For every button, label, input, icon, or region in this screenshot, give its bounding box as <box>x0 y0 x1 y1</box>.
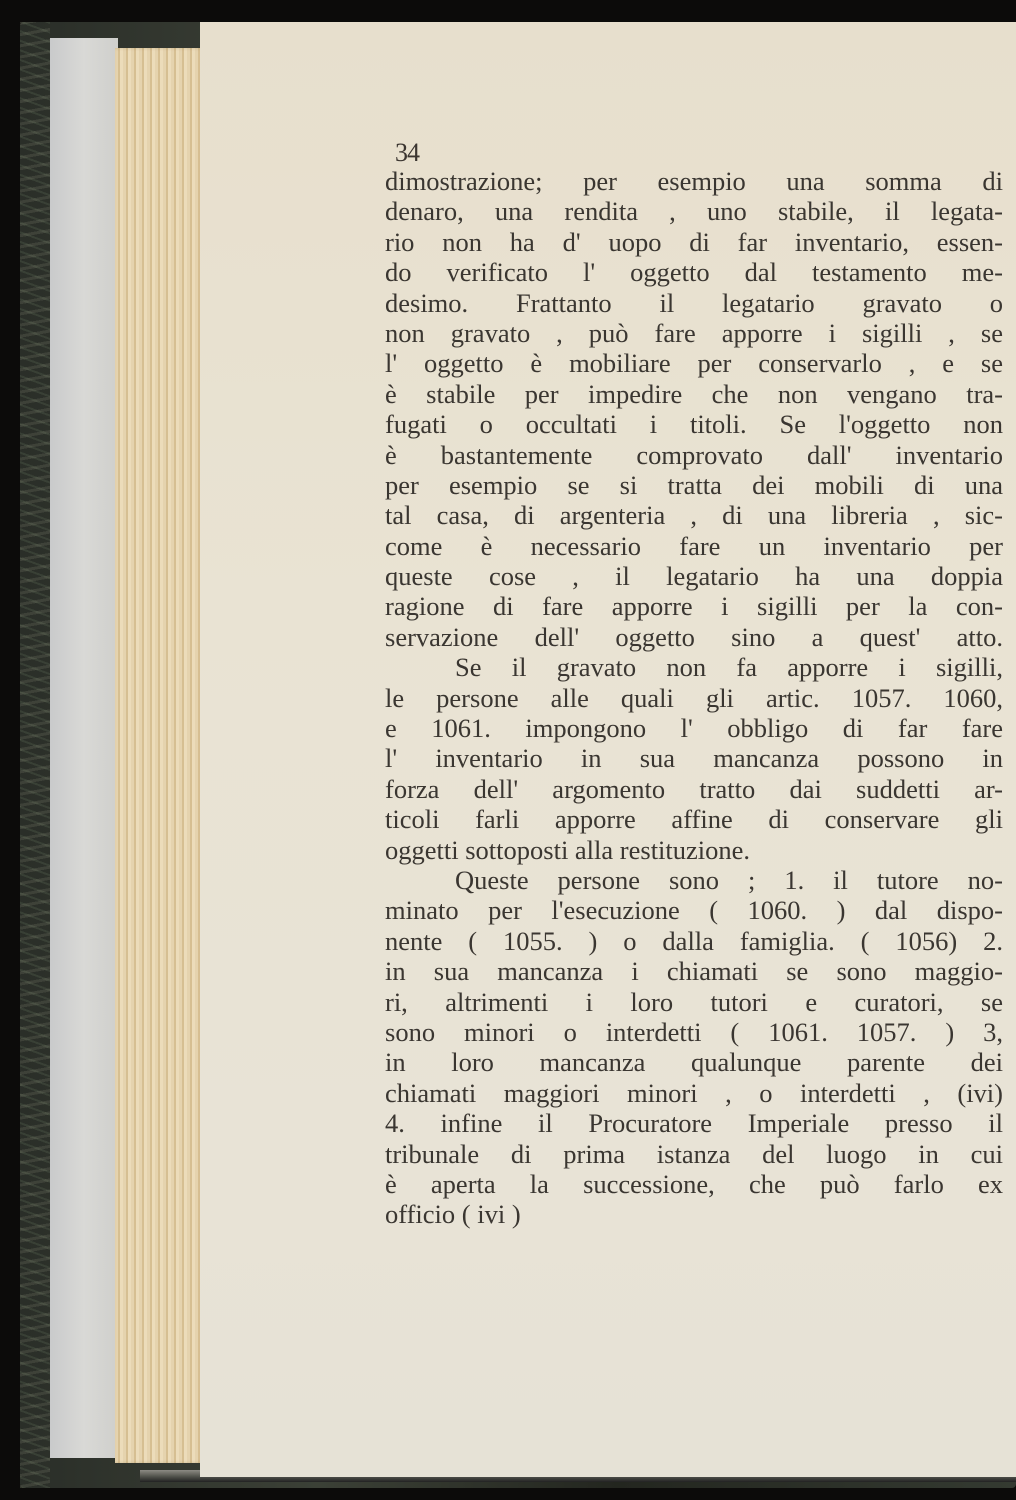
text-line: do verificato l' oggetto dal testamento … <box>385 257 1003 287</box>
text-line: dimostrazione; per esempio una somma di <box>385 166 1003 196</box>
text-line: l' inventario in sua mancanza possono in <box>385 743 1003 773</box>
text-line: in loro mancanza qualunque parente dei <box>385 1047 1003 1077</box>
text-line: è aperta la successione, che può farlo e… <box>385 1169 1003 1199</box>
text-line: ticoli farli apporre affine di conservar… <box>385 804 1003 834</box>
text-line: l' oggetto è mobiliare per conservarlo ,… <box>385 348 1003 378</box>
text-line: oggetti sottoposti alla restituzione. <box>385 835 1003 865</box>
page-text: dimostrazione; per esempio una somma did… <box>385 166 1016 1230</box>
text-line: Queste persone sono ; 1. il tutore no- <box>385 865 1003 895</box>
text-line: non gravato , può fare apporre i sigilli… <box>385 318 1003 348</box>
text-line: fugati o occultati i titoli. Se l'oggett… <box>385 409 1003 439</box>
text-line: minato per l'esecuzione ( 1060. ) dal di… <box>385 895 1003 925</box>
text-line: tal casa, di argenteria , di una libreri… <box>385 500 1003 530</box>
page-edges-stack <box>115 48 205 1463</box>
text-line: sono minori o interdetti ( 1061. 1057. )… <box>385 1017 1003 1047</box>
endpaper <box>50 38 118 1458</box>
text-line: rio non ha d' uopo di far inventario, es… <box>385 227 1003 257</box>
text-line: denaro, una rendita , uno stabile, il le… <box>385 196 1003 226</box>
text-line: Se il gravato non fa apporre i sigilli, <box>385 652 1003 682</box>
page-number: 34 <box>395 138 419 168</box>
text-line: in sua mancanza i chiamati se sono maggi… <box>385 956 1003 986</box>
text-line: servazione dell' oggetto sino a quest' a… <box>385 622 1003 652</box>
text-line: nente ( 1055. ) o dalla famiglia. ( 1056… <box>385 926 1003 956</box>
text-line: officio ( ivi ) <box>385 1199 1003 1229</box>
text-line: ri, altrimenti i loro tutori e curatori,… <box>385 987 1003 1017</box>
text-line: desimo. Frattanto il legatario gravato o <box>385 288 1003 318</box>
text-line: 4. infine il Procuratore Imperiale press… <box>385 1108 1003 1138</box>
text-line: ragione di fare apporre i sigilli per la… <box>385 591 1003 621</box>
text-line: come è necessario fare un inventario per <box>385 531 1003 561</box>
marbled-cover-edge <box>20 22 50 1488</box>
text-line: forza dell' argomento tratto dai suddett… <box>385 774 1003 804</box>
text-line: e 1061. impongono l' obbligo di far fare <box>385 713 1003 743</box>
text-line: è stabile per impedire che non vengano t… <box>385 379 1003 409</box>
text-line: è bastantemente comprovato dall' inventa… <box>385 440 1003 470</box>
text-line: le persone alle quali gli artic. 1057. 1… <box>385 683 1003 713</box>
text-line: queste cose , il legatario ha una doppia <box>385 561 1003 591</box>
text-line: per esempio se si tratta dei mobili di u… <box>385 470 1003 500</box>
text-line: chiamati maggiori minori , o interdetti … <box>385 1078 1003 1108</box>
text-line: tribunale di prima istanza del luogo in … <box>385 1139 1003 1169</box>
